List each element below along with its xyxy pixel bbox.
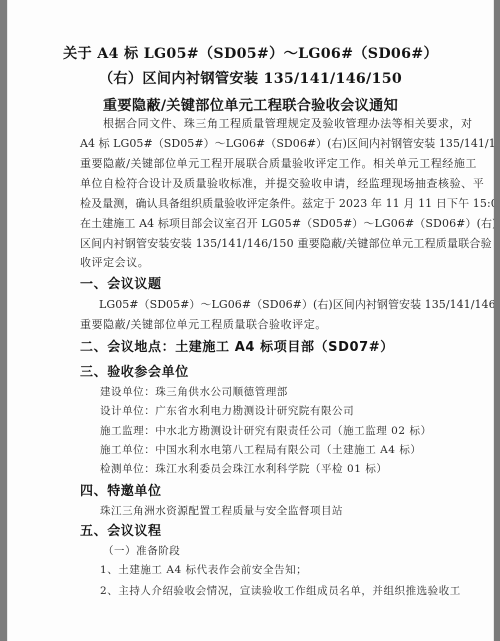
unit-line-inspection: 检测单位：珠江水利委员会珠江水利科学院（平检 01 标） [100, 461, 387, 476]
intro-line: 检及量测，确认具备组织质量验收评定条件。兹定于 2023 年 11 月 11 日… [80, 195, 500, 211]
document-title-line-3: 重要隐蔽/关键部位单元工程联合验收会议通知 [7, 95, 494, 115]
intro-line: A4 标 LG05#（SD05#）～LG06#（SD06#）(右)区间内衬钢管安… [80, 135, 500, 151]
agenda-item: 2、主持人介绍验收会情况，宣读验收工作组成员名单，并组织推选验收工 [100, 583, 461, 598]
page-edge-shadow [494, 0, 500, 641]
section-heading-agenda: 五、会议议程 [80, 520, 162, 539]
agenda-subheading: （一）准备阶段 [103, 543, 180, 558]
intro-line: 重要隐蔽/关键部位单元工程开展联合质量验收评定工作。相关单元工程经施工 [80, 155, 477, 171]
document-title-line-1: 关于 A4 标 LG05#（SD05#）～LG06#（SD06#） [7, 43, 494, 63]
section-heading-location: 二、会议地点：土建施工 A4 标项目部（SD07#） [80, 336, 394, 355]
section-heading-units: 三、验收参会单位 [80, 361, 189, 380]
intro-line: 在土建施工 A4 标项目部会议室召开 LG05#（SD05#）～LG06#（SD… [80, 215, 496, 231]
intro-line: 单位自检符合设计及质量验收标准，并提交验收申请，经监理现场抽查核验、平 [80, 175, 484, 191]
unit-line-contractor: 施工单位：中国水利水电第八工程局有限公司（土建施工 A4 标） [100, 442, 422, 457]
document-title-line-2: （右）区间内衬钢管安装 135/141/146/150 [7, 68, 494, 88]
intro-line: 区间内衬钢管安装安装 135/141/146/150 重要隐蔽/关键部位单元工程… [80, 235, 492, 251]
topic-line: 重要隐蔽/关键部位单元工程质量联合验收评定。 [80, 316, 327, 332]
intro-line: 收评定会议。 [80, 254, 149, 270]
topic-line: LG05#（SD05#）～LG06#（SD06#）(右)区间内衬钢管安装 135… [99, 296, 500, 312]
intro-line: 根据合同文件、珠三角工程质量管理规定及验收管理办法等相关要求，对 [103, 115, 473, 131]
section-heading-invited: 四、特邀单位 [80, 480, 162, 499]
document-page: 关于 A4 标 LG05#（SD05#）～LG06#（SD06#） （右）区间内… [7, 0, 494, 641]
unit-line-design: 设计单位：广东省水利电力勘测设计研究院有限公司 [100, 403, 354, 418]
unit-line-construction: 建设单位：珠三角供水公司顺德管理部 [100, 384, 288, 399]
section-heading-topic: 一、会议议题 [80, 273, 162, 292]
agenda-item: 1、土建施工 A4 标代表作会前安全告知； [100, 562, 307, 577]
invited-unit-line: 珠江三角洲水资源配置工程质量与安全监督项目站 [100, 503, 343, 518]
unit-line-supervision: 施工监理：中水北方勘测设计研究有限责任公司（施工监理 02 标） [100, 423, 432, 438]
